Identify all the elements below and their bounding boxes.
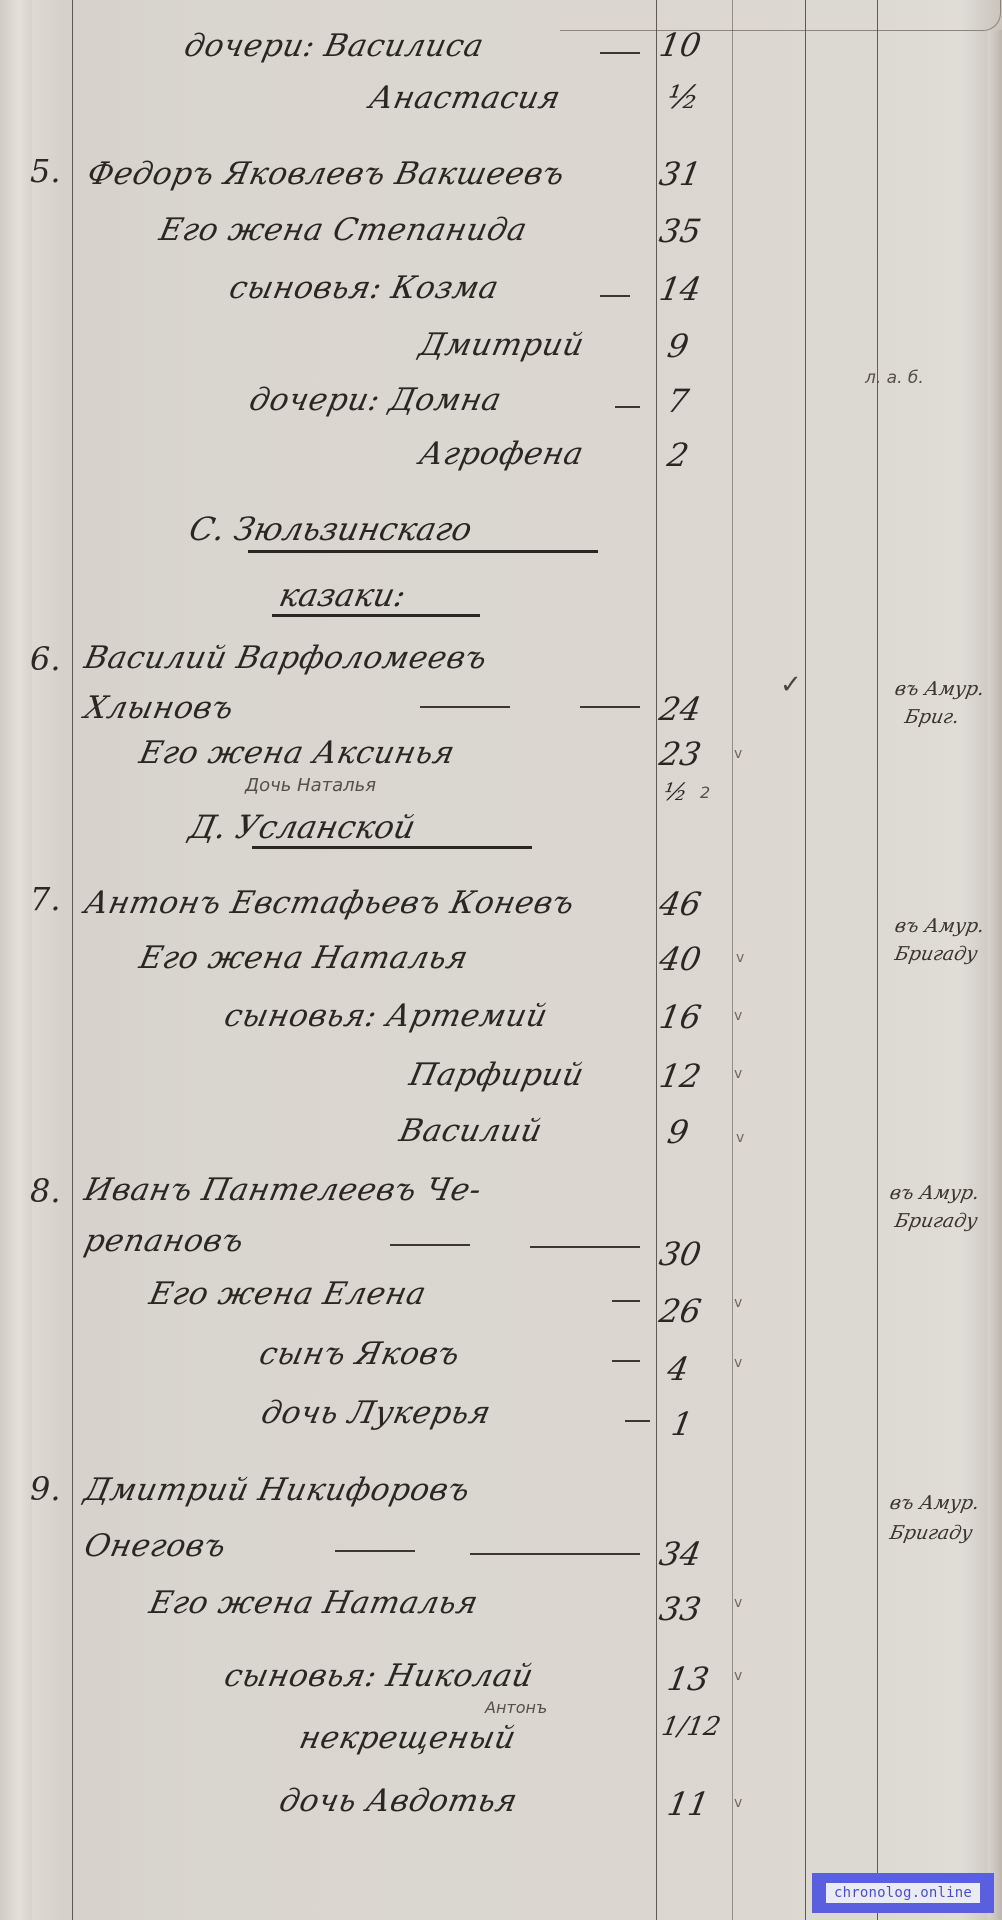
entry-text: дочь Лукерья	[258, 1395, 494, 1431]
dash	[420, 706, 510, 708]
remark-note-line1: въ Амур.	[888, 1180, 982, 1206]
entry-age: 4	[665, 1350, 742, 1388]
entry-text: репановъ	[81, 1223, 247, 1259]
entry-text: сыновья: Козма	[226, 270, 502, 306]
entry-age: 14	[657, 270, 734, 308]
dash	[612, 1300, 640, 1302]
entry-text: Его жена Наталья	[146, 1585, 481, 1621]
entry-number: 8.	[30, 1172, 61, 1210]
rule-age-right	[732, 0, 733, 1920]
check-mark: v	[734, 746, 742, 762]
entry-text: Онеговъ	[81, 1528, 229, 1564]
entry-text: Его жена Елена	[146, 1276, 429, 1312]
entry-age: 1	[669, 1405, 746, 1443]
entry-text: Его жена Наталья	[136, 940, 471, 976]
check-mark: v	[736, 950, 744, 966]
rule-left-margin	[72, 0, 73, 1920]
entry-text: дочери: Домна	[246, 382, 505, 418]
entry-age: 31	[657, 155, 734, 193]
section-heading-category: казаки:	[276, 576, 409, 614]
entry-text: Антонъ Евстафьевъ Коневъ	[81, 885, 578, 921]
check-mark: v	[734, 1355, 742, 1371]
entry-text: Иванъ Пантелеевъ Че-	[81, 1172, 485, 1208]
entry-number: 9.	[30, 1470, 61, 1508]
entry-text: некрещеный	[296, 1720, 519, 1756]
entry-age: 40	[657, 940, 734, 978]
entry-age: 12	[657, 1057, 734, 1095]
entry-age: ½	[662, 778, 737, 806]
dash	[470, 1553, 640, 1555]
page-right-edge	[988, 30, 1002, 1920]
check-mark: v	[736, 1130, 744, 1146]
entry-text: сыновья: Артемий	[221, 998, 551, 1034]
entry-text: Парфирий	[406, 1057, 587, 1093]
entry-age: 33	[657, 1590, 734, 1628]
page-top-edge-curve	[560, 0, 1001, 31]
check-mark: ✓	[780, 670, 802, 700]
section-heading-village: С. Зюльзинскаго	[186, 510, 475, 548]
entry-age: 2	[665, 436, 742, 474]
dash	[612, 1360, 640, 1362]
entry-text: Агрофена	[416, 436, 587, 472]
heading-underline	[252, 846, 532, 849]
entry-text: Дмитрий Никифоровъ	[81, 1472, 473, 1508]
rule-col4	[805, 0, 806, 1920]
entry-text: Его жена Аксинья	[136, 735, 458, 771]
check-mark: v	[734, 1295, 742, 1311]
entry-age: 24	[657, 690, 734, 728]
entry-age: 13	[665, 1660, 742, 1698]
dash	[390, 1244, 470, 1246]
entry-age: 1/12	[659, 1712, 734, 1742]
entry-text: сынъ Яковъ	[256, 1336, 463, 1372]
entry-text: Василий Варфоломеевъ	[81, 640, 490, 676]
rule-remarks	[877, 0, 878, 1920]
entry-text: Хлыновъ	[81, 690, 237, 726]
entry-age: 23	[657, 735, 734, 773]
page-left-edge	[0, 0, 32, 1920]
document-page: дочери: Василиса 10 Анастасия ½ 5. Федор…	[0, 0, 1002, 1920]
entry-text: сыновья: Николай	[221, 1658, 536, 1694]
remark-note-line2: Бригаду	[888, 1520, 975, 1546]
entry-text: Его жена Степанида	[156, 212, 530, 248]
added-entry-text: Дочь Наталья	[245, 775, 376, 796]
added-name-above: Антонъ	[485, 1698, 547, 1717]
watermark-text: chronolog.online	[826, 1883, 980, 1903]
entry-text: дочери: Василиса	[181, 28, 487, 64]
entry-age: 34	[657, 1535, 734, 1573]
entry-text: дочь Авдотья	[276, 1783, 521, 1819]
dash	[530, 1246, 640, 1248]
rule-age-left	[656, 0, 657, 1920]
remark-note-line1: въ Амур.	[888, 1490, 982, 1516]
heading-underline	[272, 614, 480, 617]
entry-number: 5.	[30, 152, 61, 190]
entry-age: 10	[657, 26, 734, 64]
entry-number: 6.	[30, 640, 61, 678]
dash	[615, 406, 640, 408]
entry-text: Дмитрий	[416, 327, 587, 363]
check-mark: v	[734, 1668, 742, 1684]
remark-note-line2: Бриг.	[903, 704, 962, 730]
entry-age: 16	[657, 998, 734, 1036]
dash	[600, 295, 630, 297]
watermark-badge: chronolog.online	[812, 1873, 994, 1913]
entry-age: 30	[657, 1235, 734, 1273]
check-mark: v	[734, 1008, 742, 1024]
entry-age: 46	[657, 885, 734, 923]
entry-text: Федоръ Яковлевъ Вакшеевъ	[84, 156, 568, 192]
entry-age: 35	[657, 212, 734, 250]
dash	[580, 706, 640, 708]
entry-age: 26	[657, 1292, 734, 1330]
entry-age: 9	[665, 327, 742, 365]
dash	[335, 1550, 415, 1552]
entry-age: 9	[665, 1113, 742, 1151]
remark-note-line2: Бригаду	[893, 941, 980, 967]
entry-age: 11	[665, 1785, 742, 1823]
dash	[600, 52, 640, 54]
entry-number: 7.	[30, 880, 61, 918]
remark-note-line1: въ Амур.	[893, 676, 987, 702]
heading-underline	[248, 550, 598, 553]
remark-note-line1: въ Амур.	[893, 913, 987, 939]
entry-age-extra: 2	[700, 783, 710, 802]
remark-note-line2: Бригаду	[893, 1208, 980, 1234]
dash	[625, 1420, 650, 1422]
check-mark: v	[734, 1595, 742, 1611]
check-mark: v	[734, 1066, 742, 1082]
section-heading-village: Д. Усланской	[186, 808, 419, 846]
check-mark: v	[734, 1795, 742, 1811]
entry-age: 7	[665, 382, 742, 420]
entry-age: ½	[665, 78, 742, 116]
remark-note: л. а. б.	[865, 368, 924, 388]
entry-text: Анастасия	[366, 80, 564, 116]
entry-text: Василий	[396, 1113, 545, 1149]
